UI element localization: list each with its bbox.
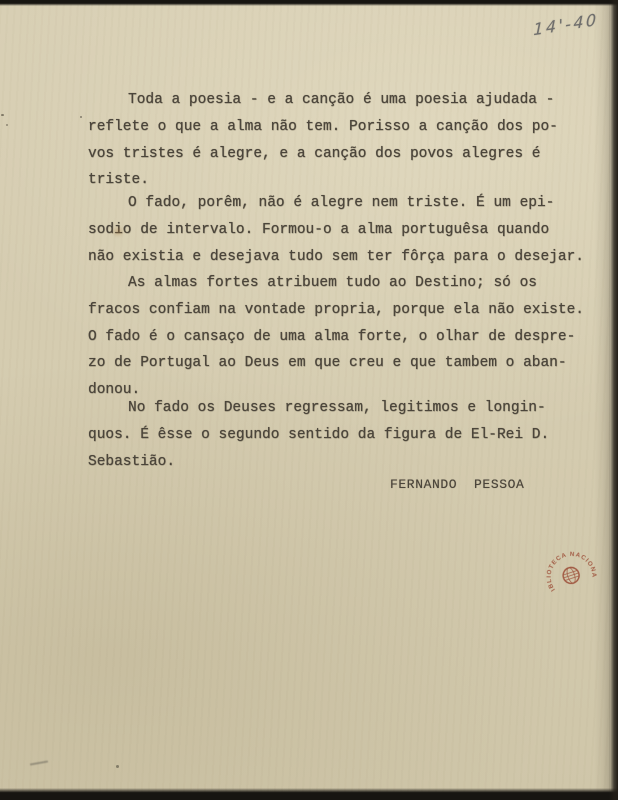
text-line: fracos confiam na vontade propria, porqu…	[88, 297, 584, 324]
text-line: não existia e desejava tudo sem ter fôrç…	[88, 244, 584, 271]
text-line: reflete o que a alma não tem. Porisso a …	[88, 114, 558, 141]
text-line: vos tristes é alegre, e a canção dos pov…	[88, 141, 558, 168]
paragraph-2: O fado, porêm, não é alegre nem triste. …	[88, 190, 584, 270]
scan-edge-right	[609, 0, 618, 800]
text-line: No fado os Deuses regressam, legitimos e…	[88, 395, 549, 422]
paragraph-1: Toda a poesia - e a canção é uma poesia …	[88, 87, 558, 194]
paragraph-4: No fado os Deuses regressam, legitimos e…	[88, 395, 549, 475]
text-line: zo de Portugal ao Deus em que creu e que…	[88, 350, 584, 377]
stamp-emblem	[561, 565, 581, 585]
typed-text-block: Toda a poesia - e a canção é uma poesia …	[0, 0, 618, 800]
text-line: O fado é o cansaço de uma alma forte, o …	[88, 324, 584, 351]
text-line: Toda a poesia - e a canção é uma poesia …	[88, 87, 558, 114]
author-signature: FERNANDO PESSOA	[390, 472, 524, 499]
paper-crease	[594, 0, 610, 800]
paragraph-3: As almas fortes atribuem tudo ao Destino…	[88, 270, 584, 404]
scan-edge-bottom	[0, 788, 618, 800]
text-line: As almas fortes atribuem tudo ao Destino…	[88, 270, 584, 297]
text-line: O fado, porêm, não é alegre nem triste. …	[88, 190, 584, 217]
text-line: quos. É êsse o segundo sentido da figura…	[88, 422, 549, 449]
paper-background: 14'-40 Toda a poesia - e a canção é uma …	[0, 0, 618, 800]
text-line: sodio de intervalo. Formou-o a alma port…	[88, 217, 584, 244]
scan-edge-top	[0, 0, 618, 6]
